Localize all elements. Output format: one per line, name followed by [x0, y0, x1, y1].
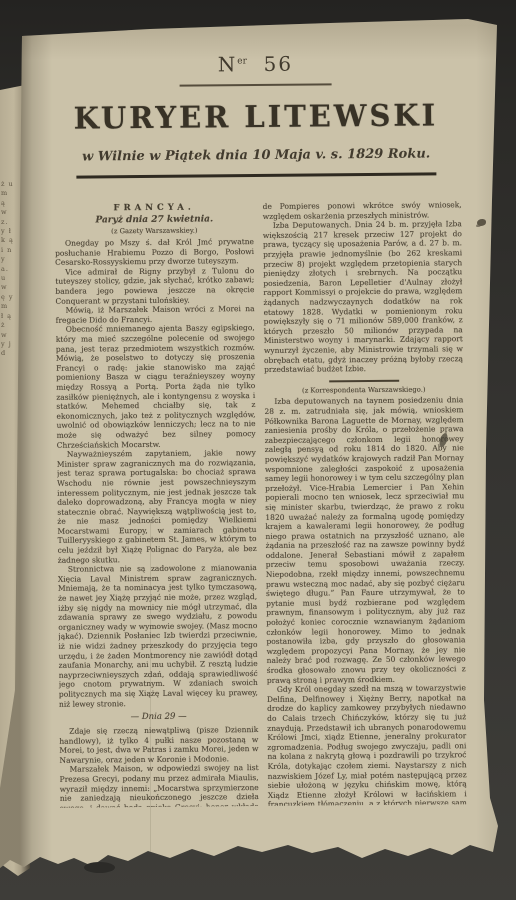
- day-heading: — Dnia 29 —: [59, 711, 258, 724]
- article-paragraph: Onegday po Mszy ś. dał Król Jmć prywatne…: [55, 237, 254, 268]
- section-separator-rule: [329, 379, 399, 382]
- masthead-rule: [180, 83, 332, 86]
- article-paragraph: Obecność mniemanego ajenta Baszy egipski…: [56, 323, 256, 449]
- article-paragraph: Izba deputowanych na taynem posiedzeniu …: [264, 396, 466, 686]
- section-heading: FRANCYA.: [55, 202, 254, 215]
- issue-number-prefix: N: [218, 52, 238, 76]
- masthead: Ner 56 KURYER LITEWSKI w Wilnie w Piątek…: [0, 0, 514, 179]
- torn-edge-hole: [84, 862, 115, 873]
- article-paragraph: Nayważnieyszém zapytaniem, jakie nowy Mi…: [57, 448, 257, 565]
- article-paragraph: Izba Deputowanych. Dnia 24 b. m. przyjęł…: [263, 219, 463, 374]
- source-note: (z Korrespondenta Warszawskiego.): [264, 385, 463, 395]
- page-content: Ner 56 KURYER LITEWSKI w Wilnie w Piątek…: [0, 0, 516, 900]
- article-paragraph: de Pompieres ponowi wkrótce swóy wniosek…: [263, 200, 462, 221]
- masthead-dateline: w Wilnie w Piątek dnia 10 Maja v. s. 182…: [0, 145, 514, 165]
- article-paragraph: Vice admirał de Rigny przybył z Tulonu d…: [55, 266, 254, 306]
- article-paragraph: Stronnictwa nie są zadowolone z mianowan…: [58, 563, 258, 709]
- dateline-heading: Paryż dnia 27 kwietnia.: [55, 214, 254, 227]
- issue-number-value: 56: [264, 52, 294, 76]
- left-column: FRANCYA. Paryż dnia 27 kwietnia. (z Gaze…: [55, 202, 259, 808]
- article-paragraph: Zdaje się rzeczą niewątpliwą (pisze Dzie…: [59, 725, 258, 765]
- article-paragraph: Mówią, iż Marszałek Maison wróci z Morei…: [56, 304, 255, 325]
- source-note: (z Gazety Warszawskiey.): [55, 226, 254, 236]
- right-column: de Pompieres ponowi wkrótce swóy wniosek…: [263, 200, 467, 806]
- header-divider-rule: [76, 172, 436, 179]
- issue-number-superscript: er: [237, 56, 247, 66]
- scan-background: ż u m ą w z. y ł k ą i n y a. u w ę y m …: [0, 0, 516, 900]
- newspaper-title: KURYER LITEWSKI: [5, 97, 506, 136]
- adjacent-page-text-fragments: ż u m ą w z. y ł k ą i n y a. u w ę y m …: [1, 180, 14, 359]
- paper-crease: [150, 520, 151, 865]
- article-paragraph: Marszałek Maison, w odpowiedzi swojey na…: [60, 763, 260, 807]
- newspaper-page: Ner 56 KURYER LITEWSKI w Wilnie w Piątek…: [0, 0, 516, 900]
- article-paragraph: Gdy Król onegday szedł na mszą w towarzy…: [267, 683, 467, 807]
- article-columns: FRANCYA. Paryż dnia 27 kwietnia. (z Gaze…: [55, 200, 467, 808]
- issue-number: Ner 56: [0, 50, 514, 79]
